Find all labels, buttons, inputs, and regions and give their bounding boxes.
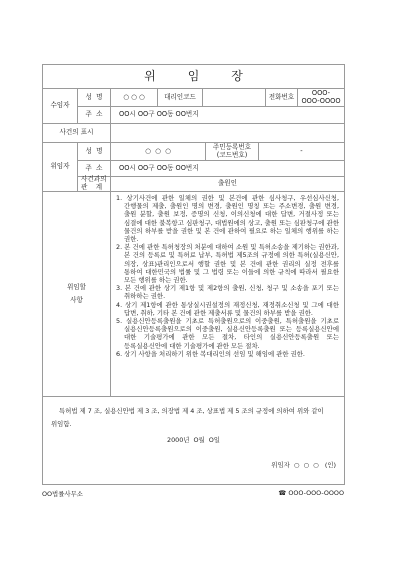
statement-section: 특허법 제 7 조, 실용신안법 제 3 조, 의장법 제 4 조, 상표법 제… (43, 397, 344, 485)
recipient-address-value[interactable]: OO시 OO구 OO동 OO번지 (111, 107, 344, 124)
agent-code-value[interactable] (203, 89, 266, 107)
id-number-label: 주민등록번호 (코드번호) (206, 143, 259, 161)
matters-label: 위임할 사항 (43, 192, 111, 397)
relation-label: 사건과의 관 계 (78, 177, 111, 192)
delegator-name-label: 성 명 (78, 143, 111, 161)
id-number-value[interactable]: - (259, 143, 344, 161)
phone-number: OOO-OOO-OOOO (288, 489, 344, 497)
phone-icon: ☎ (278, 489, 286, 497)
matter-item: 1. 상기사건에 관한 일체의 권한 및 본건에 관한 심사청구, 우선심사신청… (115, 194, 339, 243)
phone-line2: OOO-OOOO (301, 98, 340, 106)
phone-label: 전화번호 (266, 89, 298, 107)
case-value[interactable] (111, 124, 344, 143)
office-name: OO법률사무소 (42, 489, 83, 498)
recipient-address-label: 주 소 (78, 107, 111, 124)
delegator-section-label: 위임자 (43, 143, 78, 192)
case-label: 사건의 표시 (43, 124, 111, 143)
matters-list: 1. 상기사건에 관한 일체의 권한 및 본건에 관한 심사청구, 우선심사신청… (115, 194, 339, 358)
power-of-attorney-form: 위 임 장 수임자 성 명 ○ ○ ○ 대리인코드 전화번호 OOO- OOO-… (42, 64, 345, 485)
recipient-name-label: 성 명 (78, 89, 111, 107)
title-char: 장 (231, 70, 243, 84)
delegator-signature: 위임자 ○ ○ ○ (인) (271, 460, 336, 469)
title-char: 임 (188, 70, 200, 84)
phone-value[interactable]: OOO- OOO-OOOO (298, 89, 344, 107)
id-label-line2: (코드번호) (217, 152, 248, 160)
delegator-address-value[interactable]: OO시 OO구 OO동 OO번지 (111, 161, 344, 177)
matter-item: 4. 상기 제1항에 관한 통상실시권설정의 재정신청, 재정취소신청 및 그에… (115, 301, 339, 317)
matter-item: 3. 본 건에 관한 상기 제1항 및 제2항의 출원, 신청, 청구 및 소송… (115, 284, 339, 300)
document-title: 위 임 장 (43, 65, 344, 89)
agent-code-label: 대리인코드 (158, 89, 203, 107)
recipient-name-value[interactable]: ○ ○ ○ (111, 89, 158, 107)
matter-item: 6. 상기 사항을 처리하기 위한 복대리인의 선임 및 해임에 관한 권한. (115, 350, 339, 358)
relation-value[interactable]: 출원인 (111, 177, 344, 192)
title-char: 위 (144, 70, 156, 84)
office-phone: ☎ OOO-OOO-OOOO (278, 489, 344, 497)
matter-item: 5. 실용신안등록출원을 기초로 특허출원으로의 이중출원, 특허출원을 기초로… (115, 317, 339, 350)
matters-label-line2: 사항 (70, 294, 83, 307)
statement-date: 2000년 O월 O일 (43, 435, 344, 444)
matters-label-line1: 위임할 (67, 281, 86, 294)
recipient-section-label: 수임자 (43, 89, 78, 124)
relation-label-line2: 관 계 (81, 184, 102, 192)
delegator-name-value[interactable]: ○ ○ ○ (111, 143, 206, 161)
matter-item: 2. 본 건에 관한 특허청장의 처분에 대하여 소원 및 특허소송을 제기하는… (115, 243, 339, 284)
statement-text: 특허법 제 7 조, 실용신안법 제 3 조, 의장법 제 4 조, 상표법 제… (51, 405, 336, 431)
